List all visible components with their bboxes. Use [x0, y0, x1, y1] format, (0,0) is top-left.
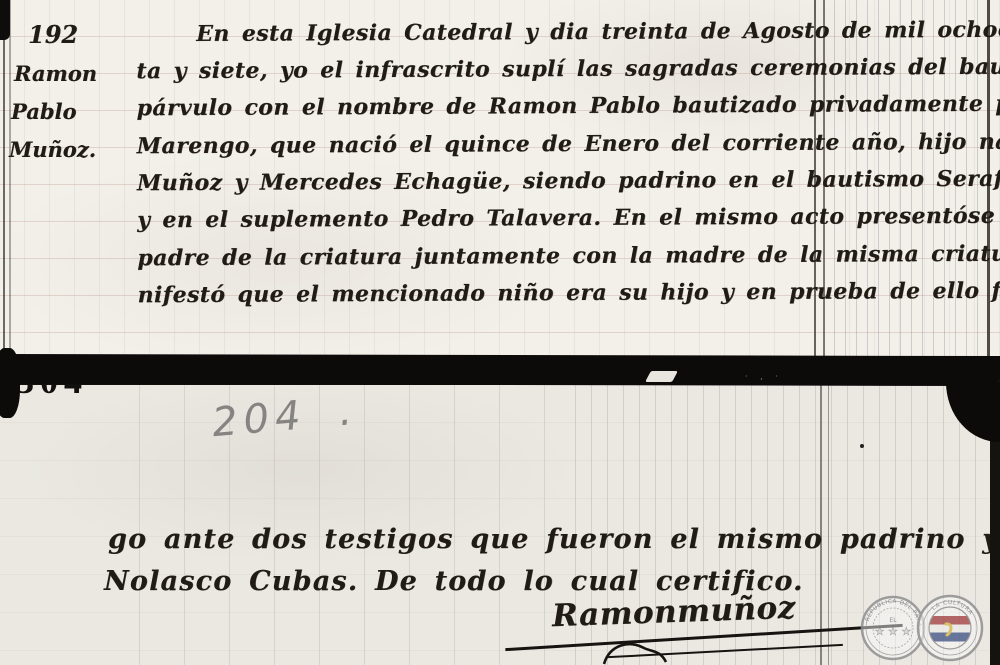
scanned-baptism-register: 192 Ramon Pablo Muñoz. En esta Iglesia C…: [0, 0, 1000, 665]
record-line: nifestó que el mencionado niño era su hi…: [137, 277, 1000, 308]
record-line: Marengo, que nació el quince de Enero de…: [137, 128, 1000, 160]
margin-name-line: Ramon: [14, 61, 97, 86]
margin-name-line: Muñoz.: [9, 137, 96, 162]
seal-republica-paraguay: REPÚBLICA DEL PARAGUAY EL ★ ★ ★: [856, 590, 924, 659]
seal-center-label: EL: [889, 617, 897, 624]
margin-name-line: Pablo: [11, 99, 77, 124]
archive-watermark-seals: REPÚBLICA DEL PARAGUAY EL ★ ★ ★ LA CULTU…: [856, 590, 996, 665]
seal-cultura-flag: LA CULTURA: [918, 596, 982, 660]
band-faint-marks: · ‚ ·: [745, 372, 783, 381]
paraguay-flag: [926, 616, 974, 642]
ink-speck: [860, 444, 864, 448]
record-line: y en el suplemento Pedro Talavera. En el…: [137, 202, 1000, 233]
seal-stars: ★ ★ ★: [875, 625, 912, 638]
scan-corner-mark: [0, 0, 10, 40]
record-line: go ante dos testigos que fueron el mismo…: [108, 524, 1000, 555]
scan-fold-blob: [0, 348, 20, 418]
record-line: ta y siete, yo el infrascrito suplí las …: [136, 53, 1000, 84]
record-line: párvulo con el nombre de Ramon Pablo bau…: [137, 90, 1000, 121]
record-number: 192: [28, 20, 78, 49]
scan-fold-band: [0, 354, 1000, 386]
binding-edge-line: [3, 0, 5, 362]
record-line: Muñoz y Mercedes Echagüe, siendo padrino…: [137, 165, 1000, 196]
record-line: En esta Iglesia Catedral y dia treinta d…: [196, 16, 1000, 47]
record-line: padre de la criatura juntamente con la m…: [137, 240, 1000, 271]
binding-edge-line-2: [9, 0, 11, 362]
partial-flourish: [600, 640, 690, 665]
